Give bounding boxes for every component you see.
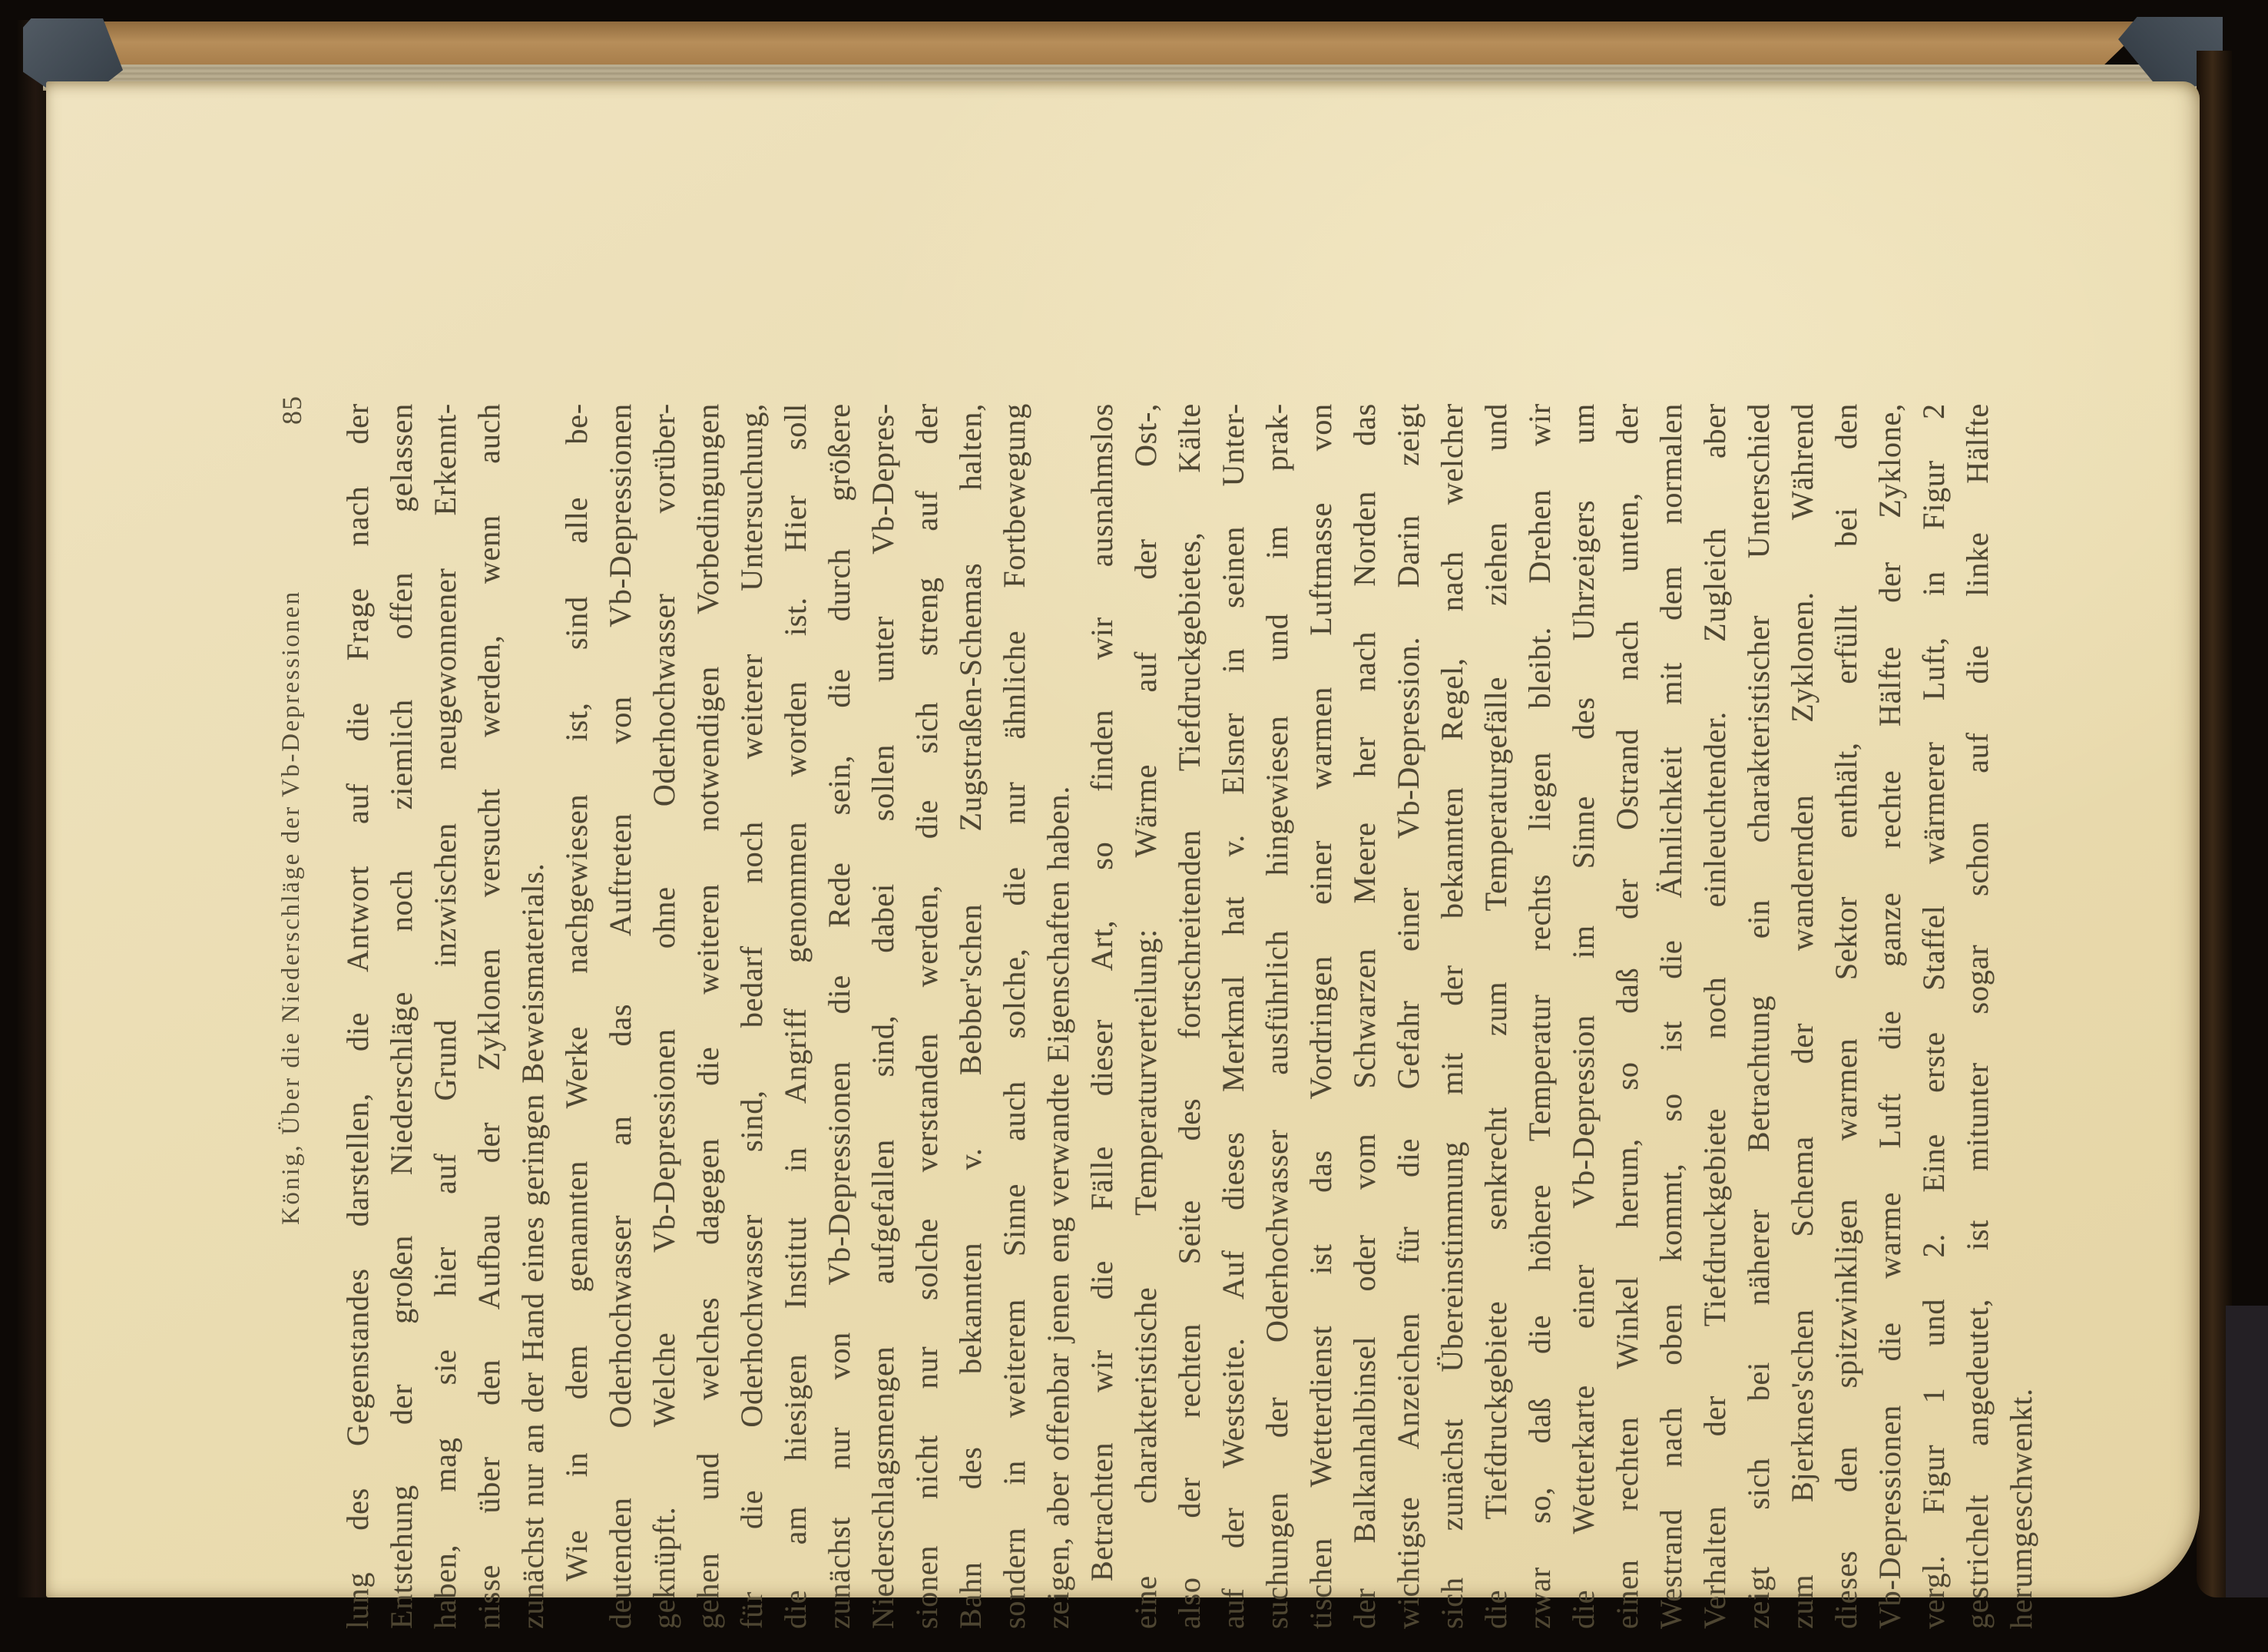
page-number: 85 <box>273 396 310 425</box>
text-line: dieses den spitzwinkligen warmen Sektor … <box>1824 403 1868 1597</box>
text-block: lung des Gegenstandes darstellen, die An… <box>336 377 2043 1597</box>
text-line: der Balkanhalbinsel oder vom Schwarzen M… <box>1343 403 1386 1597</box>
text-line: die Wetterkarte einer Vb-Depression im S… <box>1561 403 1605 1597</box>
text-line: die am hiesigen Institut in Angriff geno… <box>773 403 817 1597</box>
text-line: lung des Gegenstandes darstellen, die An… <box>336 403 379 1597</box>
text-line: sich zunächst Übereinstimmung mit der be… <box>1430 403 1474 1597</box>
text-line: zeigen, aber offenbar jenen eng verwandt… <box>1036 403 1080 1597</box>
text-line: auf der Westseite. Auf dieses Merkmal ha… <box>1211 403 1255 1597</box>
text-line: zunächst nur von Vb-Depressionen die Red… <box>817 403 861 1597</box>
text-line: Wie in dem genannten Werke nachgewiesen … <box>555 403 598 1597</box>
text-line: gestrichelt angedeutet, ist mitunter sog… <box>1955 403 1999 1597</box>
text-line: herumgeschwenkt. <box>1999 403 2043 1597</box>
text-line: Bahn des bekannten v. Bebber'schen Zugst… <box>949 403 992 1597</box>
text-line: die Tiefdruckgebiete senkrecht zum Tempe… <box>1474 403 1518 1597</box>
text-line: Niederschlagsmengen aufgefallen sind, da… <box>861 403 905 1597</box>
text-line: vergl. Figur 1 und 2. Eine erste Staffel… <box>1912 403 1955 1597</box>
text-line: geknüpft. Welche Vb-Depressionen ohne Od… <box>642 403 686 1597</box>
book-cover-top-edge <box>38 22 2149 68</box>
text-line: haben, mag sie hier auf Grund inzwischen… <box>423 403 467 1597</box>
text-line: tischen Wetterdienst ist das Vordringen … <box>1299 403 1343 1597</box>
text-line: nisse über den Aufbau der Zyklonen versu… <box>467 403 511 1597</box>
text-line: zwar so, daß die höhere Temperatur recht… <box>1518 403 1561 1597</box>
text-line: für die Oderhochwasser sind, bedarf noch… <box>730 403 773 1597</box>
text-line: deutenden Oderhochwasser an das Auftrete… <box>598 403 642 1597</box>
book-page: König, Über die Niederschläge der Vb-Dep… <box>46 81 2200 1597</box>
text-line: wichtigste Anzeichen für die Gefahr eine… <box>1386 403 1430 1597</box>
running-header: König, Über die Niederschläge der Vb-Dep… <box>273 377 311 1597</box>
text-line: Verhalten der Tiefdruckgebiete noch einl… <box>1693 403 1737 1597</box>
text-line: einen rechten Winkel herum, so daß der O… <box>1605 403 1649 1597</box>
text-line: suchungen der Oderhochwasser ausführlich… <box>1255 403 1299 1597</box>
text-line: eine charakteristische Temperaturverteil… <box>1124 403 1167 1597</box>
rotated-page-content: König, Über die Niederschläge der Vb-Dep… <box>273 377 2054 1597</box>
text-line: gehen und welches dagegen die weiteren n… <box>686 403 730 1597</box>
text-line: zunächst nur an der Hand eines geringen … <box>511 403 555 1597</box>
text-line: Entstehung der großen Niederschläge noch… <box>379 403 423 1597</box>
text-line: also der rechten Seite des fortschreiten… <box>1167 403 1211 1597</box>
text-line: zeigt sich bei näherer Betrachtung ein c… <box>1737 403 1780 1597</box>
background-shadow-bottom-right <box>2226 1306 2268 1597</box>
text-line: zum Bjerknes'schen Schema der wandernden… <box>1780 403 1824 1597</box>
text-line: Vb-Depressionen die warme Luft die ganze… <box>1868 403 1912 1597</box>
text-line: sionen nicht nur solche verstanden werde… <box>905 403 949 1597</box>
running-header-title: König, Über die Niederschläge der Vb-Dep… <box>273 590 310 1225</box>
text-line: sondern in weiterem Sinne auch solche, d… <box>992 403 1036 1597</box>
text-line: Westrand nach oben kommt, so ist die Ähn… <box>1649 403 1693 1597</box>
text-line: Betrachten wir die Fälle dieser Art, so … <box>1080 403 1124 1597</box>
